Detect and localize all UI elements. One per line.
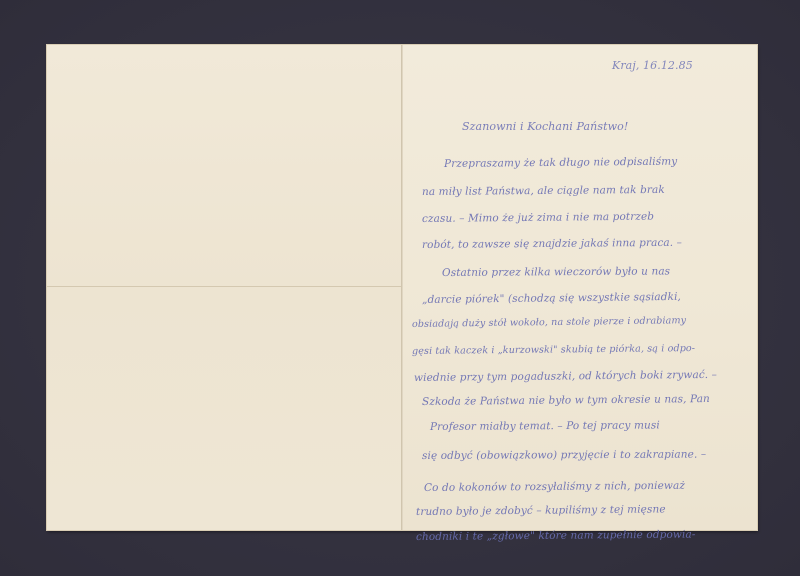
letter-line-1: Przepraszamy że tak długo nie odpisaliśm…: [444, 156, 677, 170]
letter-line-13: Co do kokonów to rozsyłaliśmy z nich, po…: [424, 480, 685, 494]
letter-line-9: wiednie przy tym pogaduszki, od których …: [414, 369, 717, 384]
letter-line-12: się odbyć (obowiązkowo) przyjęcie i to z…: [422, 449, 706, 462]
letter-line-5: Ostatnio przez kilka wieczorów było u na…: [442, 265, 670, 279]
left-page-blank: [47, 45, 402, 530]
right-page: Kraj, 16.12.85 Szanowni i Kochani Państw…: [402, 45, 757, 530]
salutation: Szanowni i Kochani Państwo!: [462, 120, 628, 133]
horizontal-fold-crease: [47, 286, 402, 287]
vertical-fold-crease: [401, 45, 403, 530]
letter-line-11: Profesor miałby temat. – Po tej pracy mu…: [430, 419, 660, 433]
letter-line-14: trudno było je zdobyć – kupiliśmy z tej …: [416, 503, 666, 518]
letter-line-6: „darcie piórek" (schodzą się wszystkie s…: [422, 291, 681, 306]
letter-line-10: Szkoda że Państwa nie było w tym okresie…: [422, 393, 710, 408]
handwritten-text: Kraj, 16.12.85 Szanowni i Kochani Państw…: [402, 45, 757, 530]
letter-line-3: czasu. – Mimo że już zima i nie ma potrz…: [422, 211, 654, 225]
letter-line-8: gęsi tak kaczek i „kurzowski" skubią te …: [412, 343, 695, 357]
letter-line-15: chodniki i te „zgłowe" które nam zupełni…: [416, 529, 696, 543]
date-line: Kraj, 16.12.85: [612, 59, 693, 72]
letter-line-4: robót, to zawsze się znajdzie jakaś inna…: [422, 237, 682, 251]
letter-line-2: na miły list Państwa, ale ciągle nam tak…: [422, 184, 665, 198]
letter-line-7: obsiadają duży stół wokoło, na stole pie…: [412, 315, 686, 330]
letter-sheet: Kraj, 16.12.85 Szanowni i Kochani Państw…: [47, 45, 757, 530]
